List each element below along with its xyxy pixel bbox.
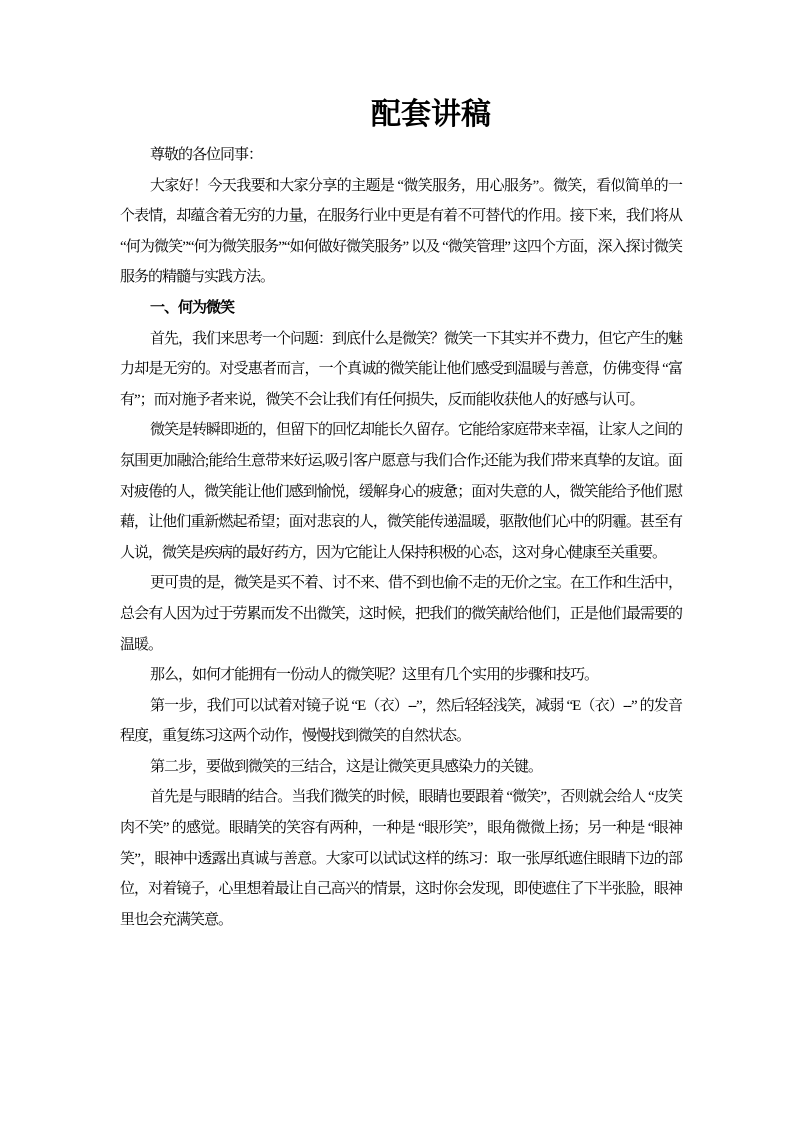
body-paragraph-step-two: 第二步，要做到微笑的三结合，这是让微笑更具感染力的关键。	[120, 752, 682, 783]
document-title: 配套讲稿	[120, 95, 682, 135]
document-content: 配套讲稿 尊敬的各位同事： 大家好！今天我要和大家分享的主题是 “微笑服务，用心…	[0, 0, 794, 935]
body-paragraph-eye-combination: 首先是与眼睛的结合。当我们微笑的时候，眼睛也要跟着 “微笑”，否则就会给人 “皮…	[120, 782, 682, 935]
document-title-text: 配套讲稿	[371, 98, 491, 131]
body-paragraph-priceless-treasure: 更可贵的是，微笑是买不着、讨不来、借不到也偷不走的无价之宝。在工作和生活中，总会…	[120, 568, 682, 660]
salutation-paragraph: 尊敬的各位同事：	[120, 140, 682, 171]
section-heading-what-is-smile: 一、何为微笑	[120, 293, 682, 324]
document-page: 配套讲稿 尊敬的各位同事： 大家好！今天我要和大家分享的主题是 “微笑服务，用心…	[0, 0, 794, 1123]
body-paragraph-think-question: 首先，我们来思考一个问题：到底什么是微笑？微笑一下其实并不费力，但它产生的魅力却…	[120, 324, 682, 416]
body-paragraph-how-to-own-smile: 那么，如何才能拥有一份动人的微笑呢？这里有几个实用的步骤和技巧。	[120, 660, 682, 691]
body-paragraph-smile-fleeting: 微笑是转瞬即逝的，但留下的回忆却能长久留存。它能给家庭带来幸福，让家人之间的氛围…	[120, 415, 682, 568]
body-paragraph-intro: 大家好！今天我要和大家分享的主题是 “微笑服务，用心服务”。微笑，看似简单的一个…	[120, 171, 682, 293]
body-paragraph-step-one: 第一步，我们可以试着对镜子说 “E（衣）--”，然后轻轻浅笑，减弱 “E（衣）-…	[120, 691, 682, 752]
